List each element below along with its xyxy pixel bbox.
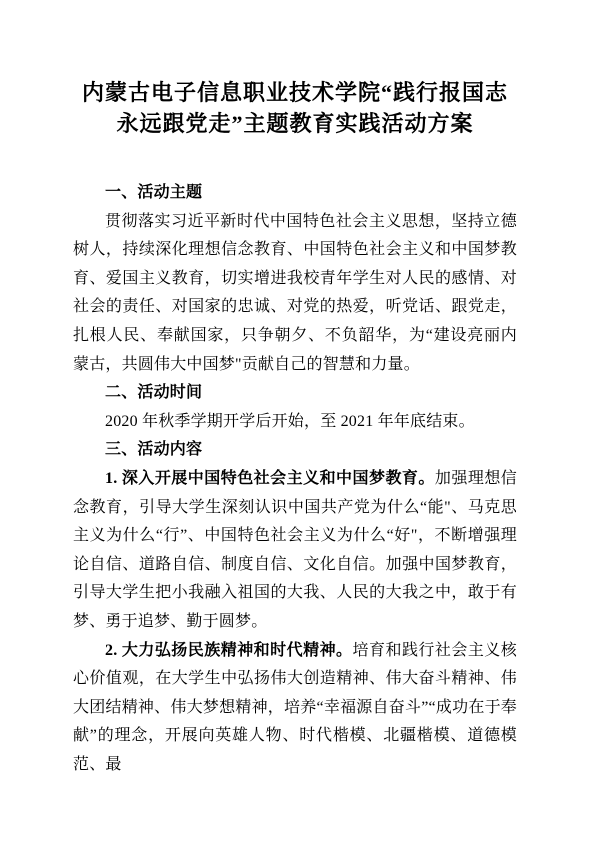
content-item-1: 1. 深入开展中国特色社会主义和中国梦教育。加强理想信念教育，引导大学生深刻认识… — [73, 465, 517, 637]
content-item-1-lead: 1. 深入开展中国特色社会主义和中国梦教育。 — [105, 470, 435, 487]
paragraph-activity-time: 2020 年秋季学期开学后开始，至 2021 年年底结束。 — [73, 408, 517, 437]
document-title-line-2: 永远跟党走”主题教育实践活动方案 — [73, 108, 517, 139]
section-heading-activity-content: 三、活动内容 — [73, 436, 517, 465]
document-body: 一、活动主题 贯彻落实习近平新时代中国特色社会主义思想，坚持立德树人，持续深化理… — [73, 179, 517, 779]
document-title: 内蒙古电子信息职业技术学院“践行报国志 永远跟党走”主题教育实践活动方案 — [73, 77, 517, 139]
paragraph-activity-theme: 贯彻落实习近平新时代中国特色社会主义思想，坚持立德树人，持续深化理想信念教育、中… — [73, 208, 517, 380]
content-item-2-text: 培育和践行社会主义核心价值观，在大学生中弘扬伟大创造精神、伟大奋斗精神、伟大团结… — [73, 642, 517, 773]
document-page: 内蒙古电子信息职业技术学院“践行报国志 永远跟党走”主题教育实践活动方案 一、活… — [0, 0, 596, 842]
content-item-2-lead: 2. 大力弘扬民族精神和时代精神。 — [105, 642, 353, 659]
content-item-2: 2. 大力弘扬民族精神和时代精神。培育和践行社会主义核心价值观，在大学生中弘扬伟… — [73, 637, 517, 780]
document-title-line-1: 内蒙古电子信息职业技术学院“践行报国志 — [73, 77, 517, 108]
content-item-1-text: 加强理想信念教育，引导大学生深刻认识中国共产党为什么“能"、马克思主义为什么“行… — [73, 470, 517, 630]
section-heading-activity-time: 二、活动时间 — [73, 379, 517, 408]
section-heading-activity-theme: 一、活动主题 — [73, 179, 517, 208]
